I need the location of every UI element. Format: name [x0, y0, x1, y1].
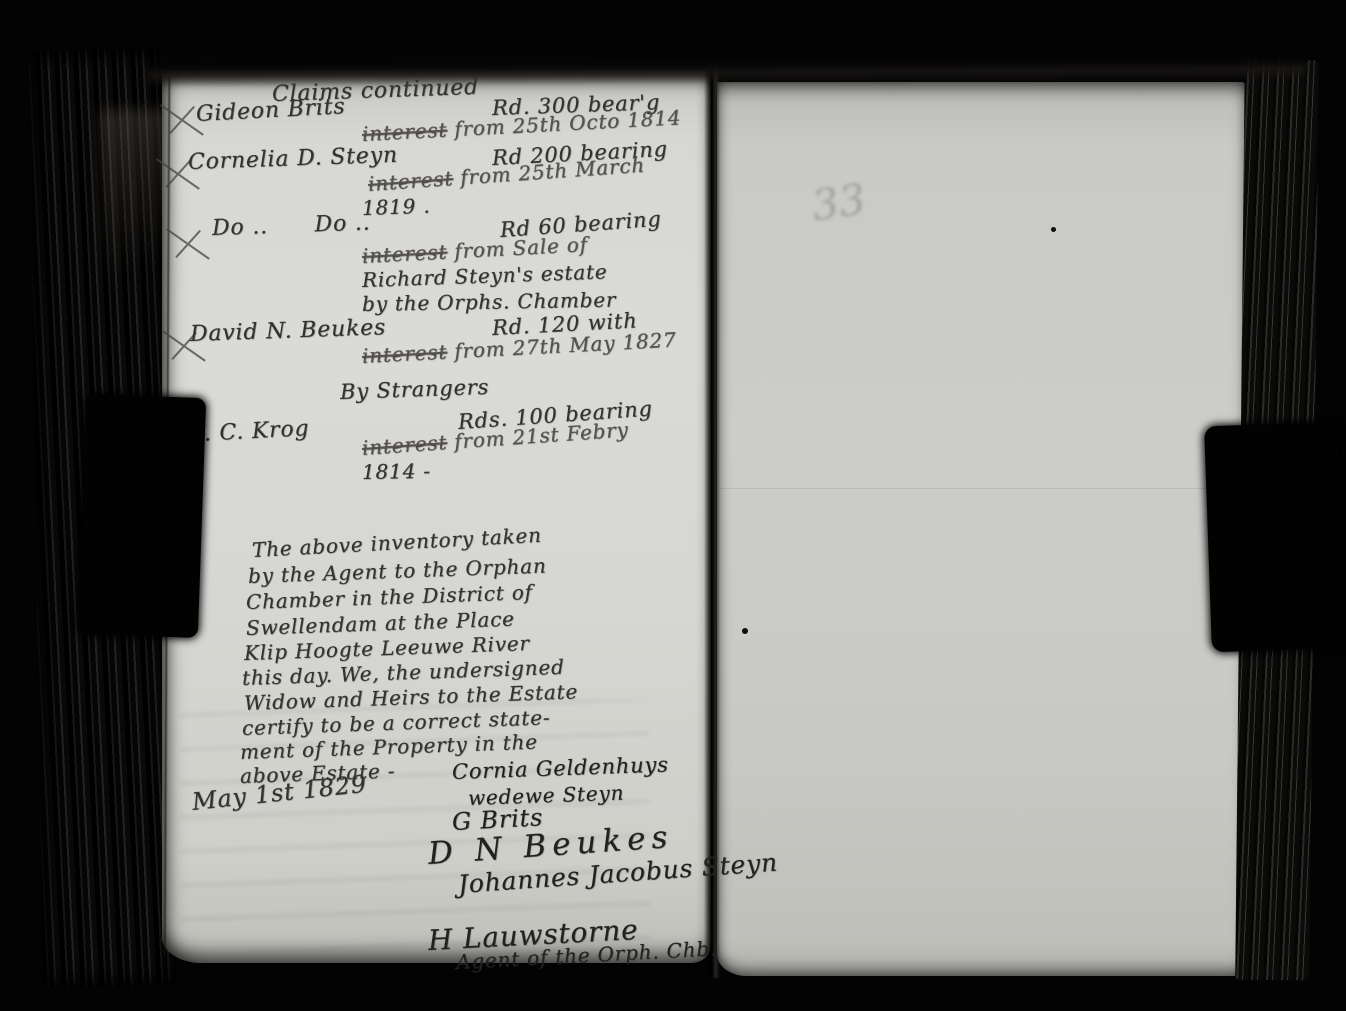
microfilm-scan: Claims continued Gideon Brits Rd. 300 be…	[0, 0, 1346, 1011]
pencil-check-mark	[168, 230, 208, 256]
claim-detail-year: 1819 .	[362, 194, 431, 220]
bleedthrough-page-number: 33	[809, 175, 869, 231]
ink-speck	[742, 628, 748, 634]
right-page	[717, 82, 1247, 976]
archival-tape-right	[1204, 422, 1346, 653]
claim-detail-year: 1814 -	[362, 459, 431, 484]
ink-speck	[1051, 227, 1056, 232]
struck-word: interest	[361, 240, 447, 268]
archival-tape-left	[78, 394, 206, 638]
struck-word: interest	[361, 340, 447, 368]
book-gutter	[704, 64, 720, 978]
struck-word: interest	[361, 118, 447, 146]
right-page-crease	[720, 488, 1240, 489]
